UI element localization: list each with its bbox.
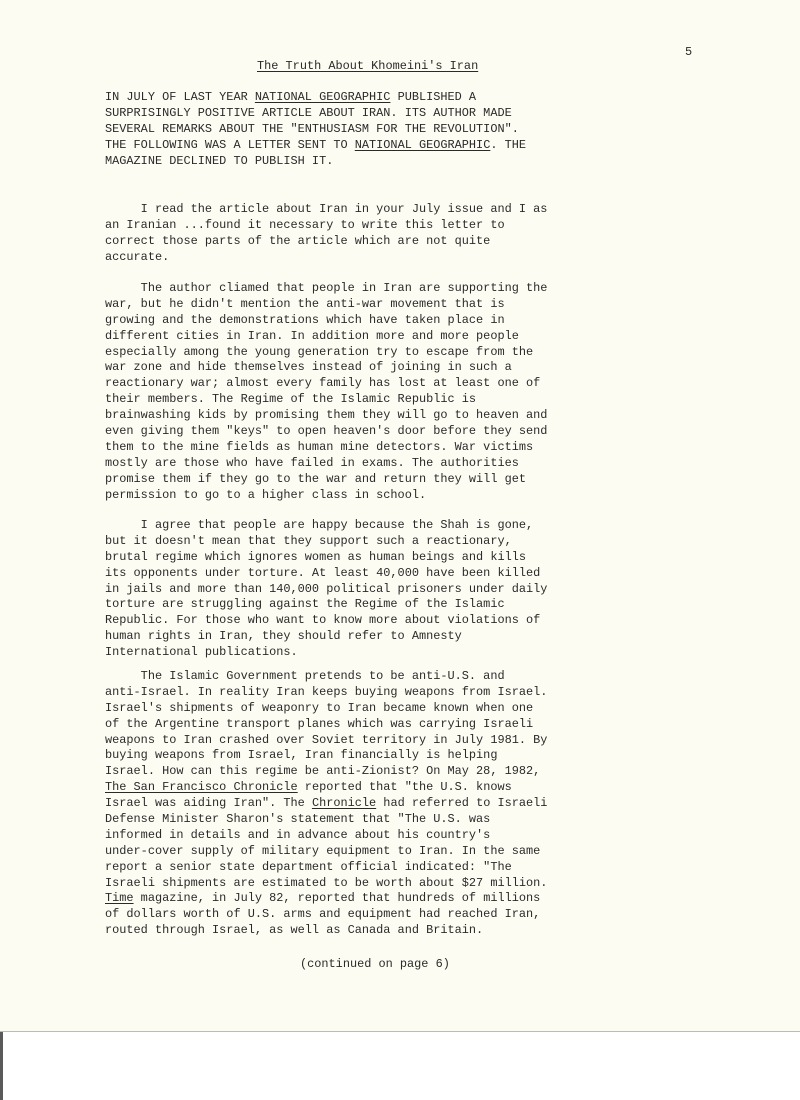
text-line: in jails and more than 140,000 political… xyxy=(105,582,547,598)
text-run: permission to go to a higher class in sc… xyxy=(105,488,426,502)
text-line: The author cliamed that people in Iran a… xyxy=(105,281,547,297)
text-line: anti-Israel. In reality Iran keeps buyin… xyxy=(105,685,547,701)
scan-edge xyxy=(0,1032,3,1100)
text-line: SEVERAL REMARKS ABOUT THE "ENTHUSIASM FO… xyxy=(105,122,526,138)
text-line: mostly are those who have failed in exam… xyxy=(105,456,547,472)
body-paragraph-2: The author cliamed that people in Iran a… xyxy=(105,281,547,503)
text-run: brutal regime which ignores women as hum… xyxy=(105,550,526,564)
text-run: I agree that people are happy because th… xyxy=(105,518,533,532)
text-line: Republic. For those who want to know mor… xyxy=(105,613,547,629)
text-line: of the Argentine transport planes which … xyxy=(105,717,547,733)
text-run: Defense Minister Sharon's statement that… xyxy=(105,812,490,826)
text-line: MAGAZINE DECLINED TO PUBLISH IT. xyxy=(105,154,526,170)
text-run: IN JULY OF LAST YEAR xyxy=(105,90,255,104)
text-line: The Islamic Government pretends to be an… xyxy=(105,669,547,685)
intro-paragraph: IN JULY OF LAST YEAR NATIONAL GEOGRAPHIC… xyxy=(105,90,526,169)
text-run: THE FOLLOWING WAS A LETTER SENT TO xyxy=(105,138,355,152)
text-line: Israel was aiding Iran". The Chronicle h… xyxy=(105,796,547,812)
text-run: war zone and hide themselves instead of … xyxy=(105,360,512,374)
text-run: Israel was aiding Iran". The xyxy=(105,796,312,810)
text-run: International publications. xyxy=(105,645,298,659)
text-line: IN JULY OF LAST YEAR NATIONAL GEOGRAPHIC… xyxy=(105,90,526,106)
text-run: even giving them "keys" to open heaven's… xyxy=(105,424,547,438)
text-run: reported that "the U.S. knows xyxy=(298,780,512,794)
text-line: The San Francisco Chronicle reported tha… xyxy=(105,780,547,796)
text-run: I read the article about Iran in your Ju… xyxy=(105,202,547,216)
text-run: human rights in Iran, they should refer … xyxy=(105,629,462,643)
text-run: . THE xyxy=(490,138,526,152)
text-line: International publications. xyxy=(105,645,547,661)
text-line: report a senior state department officia… xyxy=(105,860,547,876)
text-run: had referred to Israeli xyxy=(376,796,547,810)
text-run: MAGAZINE DECLINED TO PUBLISH IT. xyxy=(105,154,333,168)
text-run: growing and the demonstrations which hav… xyxy=(105,313,505,327)
text-line: their members. The Regime of the Islamic… xyxy=(105,392,547,408)
text-line: growing and the demonstrations which hav… xyxy=(105,313,547,329)
text-line: war, but he didn't mention the anti-war … xyxy=(105,297,547,313)
body-paragraph-4: The Islamic Government pretends to be an… xyxy=(105,669,547,939)
text-line: I agree that people are happy because th… xyxy=(105,518,547,534)
text-line: of dollars worth of U.S. arms and equipm… xyxy=(105,907,547,923)
text-line: brutal regime which ignores women as hum… xyxy=(105,550,547,566)
text-line: permission to go to a higher class in sc… xyxy=(105,488,547,504)
underlined-title: NATIONAL GEOGRAPHIC xyxy=(255,90,391,104)
text-line: brainwashing kids by promising them they… xyxy=(105,408,547,424)
text-run: promise them if they go to the war and r… xyxy=(105,472,526,486)
text-run: Israel. How can this regime be anti-Zion… xyxy=(105,764,540,778)
text-run: magazine, in July 82, reported that hund… xyxy=(134,891,541,905)
text-line: informed in details and in advance about… xyxy=(105,828,547,844)
text-line: Defense Minister Sharon's statement that… xyxy=(105,812,547,828)
text-line: SURPRISINGLY POSITIVE ARTICLE ABOUT IRAN… xyxy=(105,106,526,122)
text-line: even giving them "keys" to open heaven's… xyxy=(105,424,547,440)
text-run: under-cover supply of military equipment… xyxy=(105,844,540,858)
text-run: anti-Israel. In reality Iran keeps buyin… xyxy=(105,685,547,699)
text-line: but it doesn't mean that they support su… xyxy=(105,534,547,550)
text-run: The author cliamed that people in Iran a… xyxy=(105,281,547,295)
text-line: under-cover supply of military equipment… xyxy=(105,844,547,860)
text-line: Time magazine, in July 82, reported that… xyxy=(105,891,547,907)
text-line: an Iranian ...found it necessary to writ… xyxy=(105,218,547,234)
text-line: I read the article about Iran in your Ju… xyxy=(105,202,547,218)
continued-note: (continued on page 6) xyxy=(300,956,450,972)
text-line: promise them if they go to the war and r… xyxy=(105,472,547,488)
body-paragraph-3: I agree that people are happy because th… xyxy=(105,518,547,661)
text-run: different cities in Iran. In addition mo… xyxy=(105,329,519,343)
text-run: in jails and more than 140,000 political… xyxy=(105,582,547,596)
text-run: informed in details and in advance about… xyxy=(105,828,490,842)
underlined-title: NATIONAL GEOGRAPHIC xyxy=(355,138,491,152)
text-run: of the Argentine transport planes which … xyxy=(105,717,533,731)
text-run: torture are struggling against the Regim… xyxy=(105,597,505,611)
text-line: routed through Israel, as well as Canada… xyxy=(105,923,547,939)
page-number: 5 xyxy=(685,44,692,60)
text-line: especially among the young generation tr… xyxy=(105,345,547,361)
text-line: its opponents under torture. At least 40… xyxy=(105,566,547,582)
text-run: routed through Israel, as well as Canada… xyxy=(105,923,483,937)
text-run: war, but he didn't mention the anti-war … xyxy=(105,297,505,311)
text-run: Israel's shipments of weaponry to Iran b… xyxy=(105,701,533,715)
text-run: PUBLISHED A xyxy=(390,90,476,104)
text-run: accurate. xyxy=(105,250,169,264)
text-run: its opponents under torture. At least 40… xyxy=(105,566,540,580)
document-page: 5 The Truth About Khomeini's Iran IN JUL… xyxy=(0,0,800,1032)
text-run: weapons to Iran crashed over Soviet terr… xyxy=(105,733,547,747)
text-run: reactionary war; almost every family has… xyxy=(105,376,540,390)
text-line: Israel's shipments of weaponry to Iran b… xyxy=(105,701,547,717)
text-line: buying weapons from Israel, Iran financi… xyxy=(105,748,547,764)
body-paragraph-1: I read the article about Iran in your Ju… xyxy=(105,202,547,266)
text-run: their members. The Regime of the Islamic… xyxy=(105,392,476,406)
text-line: different cities in Iran. In addition mo… xyxy=(105,329,547,345)
text-run: buying weapons from Israel, Iran financi… xyxy=(105,748,497,762)
underlined-title: Chronicle xyxy=(312,796,376,810)
underlined-title: The San Francisco Chronicle xyxy=(105,780,298,794)
text-run: especially among the young generation tr… xyxy=(105,345,533,359)
text-run: brainwashing kids by promising them they… xyxy=(105,408,547,422)
text-run: of dollars worth of U.S. arms and equipm… xyxy=(105,907,540,921)
text-line: weapons to Iran crashed over Soviet terr… xyxy=(105,733,547,749)
text-run: mostly are those who have failed in exam… xyxy=(105,456,519,470)
text-run: an Iranian ...found it necessary to writ… xyxy=(105,218,505,232)
text-run: SEVERAL REMARKS ABOUT THE "ENTHUSIASM FO… xyxy=(105,122,519,136)
text-run: them to the mine fields as human mine de… xyxy=(105,440,533,454)
underlined-title: Time xyxy=(105,891,134,905)
text-line: them to the mine fields as human mine de… xyxy=(105,440,547,456)
text-run: Israeli shipments are estimated to be wo… xyxy=(105,876,547,890)
text-run: correct those parts of the article which… xyxy=(105,234,490,248)
text-line: Israel. How can this regime be anti-Zion… xyxy=(105,764,547,780)
text-run: SURPRISINGLY POSITIVE ARTICLE ABOUT IRAN… xyxy=(105,106,512,120)
text-run: The Islamic Government pretends to be an… xyxy=(105,669,505,683)
text-line: human rights in Iran, they should refer … xyxy=(105,629,547,645)
text-line: torture are struggling against the Regim… xyxy=(105,597,547,613)
text-run: Republic. For those who want to know mor… xyxy=(105,613,540,627)
text-line: Israeli shipments are estimated to be wo… xyxy=(105,876,547,892)
text-line: accurate. xyxy=(105,250,547,266)
text-line: correct those parts of the article which… xyxy=(105,234,547,250)
document-title: The Truth About Khomeini's Iran xyxy=(257,58,478,74)
text-line: reactionary war; almost every family has… xyxy=(105,376,547,392)
text-line: THE FOLLOWING WAS A LETTER SENT TO NATIO… xyxy=(105,138,526,154)
text-run: report a senior state department officia… xyxy=(105,860,512,874)
text-run: but it doesn't mean that they support su… xyxy=(105,534,512,548)
text-line: war zone and hide themselves instead of … xyxy=(105,360,547,376)
